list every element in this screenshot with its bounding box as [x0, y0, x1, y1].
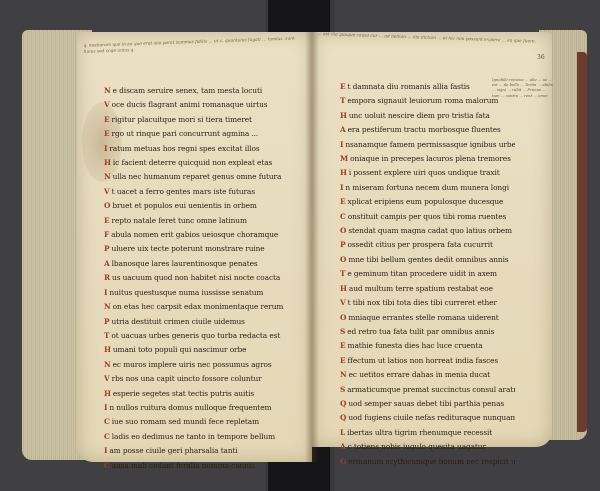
verse-text: onstituit campis per quos tibi roma ruen… [348, 212, 506, 221]
verse-line: Sed retro tua fata tulit par omnibus ann… [340, 325, 515, 339]
verse-line: Hesperie segetes stat tectis putris auit… [104, 387, 319, 401]
rubricated-initial: I [340, 140, 343, 149]
verse-line: Et damnata diu romanis allia fastis [340, 80, 515, 94]
verse-text: am posse ciuile geri pharsalia tanti [109, 446, 237, 455]
rubricated-initial: S [340, 385, 345, 394]
rubricated-initial: O [340, 226, 346, 235]
verse-text: aud multum terre spatium restabat eoe [349, 284, 493, 293]
verse-text: unc uoluit nescire diem pro tristia fata [349, 111, 490, 120]
rubricated-initial: C [104, 417, 110, 426]
verse-line: Vt uacet a ferro gentes mars iste futura… [104, 185, 319, 199]
folio-number: 36 [537, 54, 545, 61]
verse-line: Cladis eo dedimus ne tanto in tempore be… [104, 430, 319, 444]
verse-line: Ac totiens nobis iugulo quesita uagatur [340, 440, 515, 454]
left-text-column: Ne discam seruire senex, tam mesta locut… [104, 84, 319, 473]
rubricated-initial: N [104, 86, 111, 95]
verse-text: ed retro tua fata tulit par omnibus anni… [347, 327, 494, 336]
verse-line: In miseram fortuna necem dum munera long… [340, 181, 515, 195]
verse-line: Inuitus questusque numa iussisse senatum [104, 286, 319, 300]
verse-text: ot uacuas urbes generis quo turba redact… [111, 331, 280, 340]
verse-line: Haud multum terre spatium restabat eoe [340, 282, 515, 296]
verse-line: Putria destituit crimen ciuile uidemus [104, 315, 319, 329]
rubricated-initial: V [340, 298, 346, 307]
verse-line: Aera pestiferum tractu morbosque fluente… [340, 123, 515, 137]
verse-line: Emathie funesta dies hac luce cruenta [340, 339, 515, 353]
verse-line: Ciue suo romam sed mundi fece repletam [104, 415, 319, 429]
verse-text: ladis eo dedimus ne tanto in tempore bel… [112, 432, 275, 441]
verse-text: ec muros implere uiris nec possumus agro… [113, 360, 272, 369]
rubricated-initial: I [104, 403, 107, 412]
rubricated-initial: N [104, 302, 111, 311]
rubricated-initial: A [340, 125, 346, 134]
rubricated-initial: G [340, 457, 346, 466]
verse-text: n nullos ruitura domus nulloque frequent… [109, 403, 271, 412]
verse-line: Hunc uoluit nescire diem pro tristia fat… [340, 109, 515, 123]
right-text-column: Et damnata diu romanis allia fastisTempo… [340, 80, 515, 469]
verse-text: uod semper sauas debet tibi parthia pena… [348, 399, 504, 408]
rubricated-initial: O [340, 313, 346, 322]
rubricated-initial: F [104, 230, 109, 239]
left-marginal-gloss: q. hostiarum que in eo quo erat alia par… [83, 36, 304, 84]
rubricated-initial: N [104, 172, 111, 181]
rubricated-initial: H [340, 284, 347, 293]
verse-text: era pestiferum tractu morbosque fluentes [348, 125, 501, 134]
verse-line: Nec uetitos errare dahas in menia ducat [340, 368, 515, 382]
rubricated-initial: M [340, 154, 348, 163]
verse-text: t damnata diu romanis allia fastis [348, 82, 470, 91]
verse-text: stendat quam magna cadat quo latius orbe… [348, 226, 512, 235]
rubricated-initial: H [340, 111, 347, 120]
verse-line: Erigitur placuitque mori si tiera timere… [104, 113, 319, 127]
verse-line: Ostendat quam magna cadat quo latius orb… [340, 224, 515, 238]
verse-line: Omniaque errantes stelle romana uiderent [340, 311, 515, 325]
rubricated-initial: E [340, 82, 346, 91]
rubricated-initial: I [104, 288, 107, 297]
verse-text: ausa mali cedant feralia nomina cannis [112, 461, 255, 470]
verse-text: ratum metuas hos regni spes excitat illo… [109, 144, 259, 153]
verse-line: Libertas ultra tigrim rhenumque recessit [340, 426, 515, 440]
verse-line: Rus uacuum quod non habitet nisi nocte c… [104, 271, 319, 285]
verse-line: Iam posse ciuile geri pharsalia tanti [104, 444, 319, 458]
verse-text: umani toto populi qui nascimur orbe [113, 345, 247, 354]
rubricated-initial: N [340, 370, 347, 379]
verse-text: oniaque in precepes lacuros plena tremor… [350, 154, 511, 163]
verse-text: oce ducis flagrant animi romanaque uirtu… [112, 100, 268, 109]
verse-line: Nec muros implere uiris nec possumus agr… [104, 358, 319, 372]
rubricated-initial: I [104, 144, 107, 153]
rubricated-initial: Q [340, 413, 346, 422]
rubricated-initial: N [104, 360, 111, 369]
verse-line: Te geminum titan procedere uidit in axem [340, 267, 515, 281]
verse-text: repto natale feret tunc omne latinum [112, 216, 247, 225]
rubricated-initial: H [340, 168, 347, 177]
rubricated-initial: E [104, 129, 110, 138]
verse-text: rbs nos una capit uincto fossore coluntu… [112, 374, 262, 383]
verse-text: e discam seruire senex, tam mesta locuti [113, 86, 262, 95]
verse-line: Iratum metuas hos regni spes excitat ill… [104, 142, 319, 156]
verse-line: Quod semper sauas debet tibi parthia pen… [340, 397, 515, 411]
verse-text: ec uetitos errare dahas in menia ducat [349, 370, 490, 379]
rubricated-initial: E [340, 197, 346, 206]
verse-line: Fabula nomen erit gabios ueiosque choram… [104, 228, 319, 242]
verse-line: Omne tibi bellum gentes dedit omnibus an… [340, 253, 515, 267]
verse-text: e geminum titan procedere uidit in axem [347, 269, 497, 278]
rubricated-initial: A [340, 442, 346, 451]
verse-text: ermanum scythicumque bonum nec respicit … [348, 457, 515, 466]
verse-line: Effectum ut latios non horreat india fas… [340, 354, 515, 368]
verse-text: t tibi nox tibi tota dies tibi curreret … [348, 298, 497, 307]
right-marginal-gloss: ... est illa quoque causa cur ... ad bel… [316, 32, 552, 80]
rubricated-initial: L [340, 428, 345, 437]
rubricated-initial: V [104, 100, 110, 109]
verse-line: Nulla nec humanum reparet genus omne fut… [104, 170, 319, 184]
verse-line: Tempora signauit leuiorum roma malorum [340, 94, 515, 108]
verse-text: bruet et populos eui uenientis in orbem [112, 201, 256, 210]
verse-text: uluere uix tecte poterunt monstrare ruin… [111, 244, 264, 253]
rubricated-initial: T [340, 269, 345, 278]
verse-text: us uacuum quod non habitet nisi nocte co… [112, 273, 280, 282]
verse-text: nuitus questusque numa iussisse senatum [109, 288, 263, 297]
verse-text: abula nomen erit gabios ueiosque choramq… [111, 230, 278, 239]
rubricated-initial: I [104, 446, 107, 455]
verse-line: Causa mali cedant feralia nomina cannis [104, 459, 319, 473]
verse-line: In nullos ruitura domus nulloque frequen… [104, 401, 319, 415]
rubricated-initial: T [340, 96, 345, 105]
verse-line: Hic facient deterre quicquid non expleat… [104, 156, 319, 170]
rubricated-initial: O [104, 201, 110, 210]
verse-text: i possent explere uiri quos undique trax… [349, 168, 500, 177]
rubricated-initial: P [104, 244, 109, 253]
rubricated-initial: P [104, 317, 109, 326]
open-manuscript: q. hostiarum que in eo quo erat alia par… [22, 22, 587, 472]
verse-line: Ergo ut rinque pari concurrunt agmina ..… [104, 127, 319, 141]
rubricated-initial: O [340, 255, 346, 264]
verse-line: Ne discam seruire senex, tam mesta locut… [104, 84, 319, 98]
verse-text: rigitur placuitque mori si tiera timeret [112, 115, 252, 124]
verse-line: Voce ducis flagrant animi romanaque uirt… [104, 98, 319, 112]
rubricated-initial: R [104, 273, 110, 282]
verse-line: Puluere uix tecte poterunt monstrare rui… [104, 242, 319, 256]
verse-line: Erepto natale feret tunc omne latinum [104, 214, 319, 228]
rubricated-initial: I [340, 183, 343, 192]
verse-line: Explicat eripiens eum populosque ducesqu… [340, 195, 515, 209]
rubricated-initial: H [104, 345, 111, 354]
verse-text: xplicat eripiens eum populosque ducesque [348, 197, 504, 206]
verse-text: ibertas ultra tigrim rhenumque recessit [347, 428, 492, 437]
rubricated-initial: T [104, 331, 109, 340]
rubricated-initial: V [104, 374, 110, 383]
verse-text: mne tibi bellum gentes dedit omnibus ann… [348, 255, 508, 264]
verse-text: lbanosque lares laurentinosque penates [112, 259, 258, 268]
verse-line: Humani toto populi qui nascimur orbe [104, 343, 319, 357]
verse-line: Vrbs nos una capit uincto fossore colunt… [104, 372, 319, 386]
verse-text: ic facient deterre quicquid non expleat … [113, 158, 272, 167]
verse-line: Albanosque lares laurentinosque penates [104, 257, 319, 271]
rubricated-initial: E [104, 115, 110, 124]
rubricated-initial: C [104, 432, 110, 441]
verse-text: on etas hec carpsit edax monimentaque re… [113, 302, 284, 311]
rubricated-initial: V [104, 187, 110, 196]
rubricated-initial: E [340, 341, 346, 350]
verse-text: iue suo romam sed mundi fece repletam [112, 417, 259, 426]
verse-text: esperie segetes stat tectis putris auiti… [113, 389, 254, 398]
rubricated-initial: P [340, 240, 345, 249]
verse-text: mniaque errantes stelle romana uiderent [348, 313, 498, 322]
verse-line: Sarmaticumque premat succinctus consul a… [340, 383, 515, 397]
verse-text: empora signauit leuiorum roma malorum [347, 96, 498, 105]
verse-text: n miseram fortuna necem dum munera longi [345, 183, 509, 192]
verse-line: Insanamque famem permissasque ignibus ur… [340, 138, 515, 152]
leather-cover [577, 52, 587, 432]
rubricated-initial: A [104, 259, 110, 268]
rubricated-initial: Q [340, 399, 346, 408]
rubricated-initial: E [340, 356, 346, 365]
verse-text: uod fugiens ciuile nefas redituraque nun… [348, 413, 515, 422]
verse-text: nsanamque famem permissasque ignibus urb… [345, 140, 515, 149]
verse-line: Quod fugiens ciuile nefas redituraque nu… [340, 411, 515, 425]
verse-line: Germanum scythicumque bonum nec respicit… [340, 455, 515, 469]
verse-text: ffectum ut latios non horreat india fasc… [348, 356, 499, 365]
verse-text: mathie funesta dies hac luce cruenta [348, 341, 483, 350]
rubricated-initial: C [104, 461, 110, 470]
rubricated-initial: H [104, 389, 111, 398]
verse-line: Possedit citius per prospera fata cucurr… [340, 238, 515, 252]
verse-text: t uacet a ferro gentes mars iste futuras [112, 187, 255, 196]
verse-line: Vt tibi nox tibi tota dies tibi curreret… [340, 296, 515, 310]
verse-line: Tot uacuas urbes generis quo turba redac… [104, 329, 319, 343]
verse-line: Constituit campis per quos tibi roma rue… [340, 210, 515, 224]
verse-line: Hi possent explere uiri quos undique tra… [340, 166, 515, 180]
verse-text: c totiens nobis iugulo quesita uagatur [348, 442, 486, 451]
verse-line: Obruet et populos eui uenientis in orbem [104, 199, 319, 213]
verse-text: ossedit citius per prospera fata cucurri… [347, 240, 492, 249]
rubricated-initial: E [104, 216, 110, 225]
verse-line: Non etas hec carpsit edax monimentaque r… [104, 300, 319, 314]
rubricated-initial: C [340, 212, 346, 221]
verse-text: ulla nec humanum reparet genus omne futu… [113, 172, 282, 181]
verse-line: Moniaque in precepes lacuros plena tremo… [340, 152, 515, 166]
verse-text: rgo ut rinque pari concurrunt agmina ... [112, 129, 259, 138]
rubricated-initial: H [104, 158, 111, 167]
verse-text: armaticumque premat succinctus consul ar… [347, 385, 515, 394]
rubricated-initial: S [340, 327, 345, 336]
verse-text: utria destituit crimen ciuile uidemus [111, 317, 244, 326]
